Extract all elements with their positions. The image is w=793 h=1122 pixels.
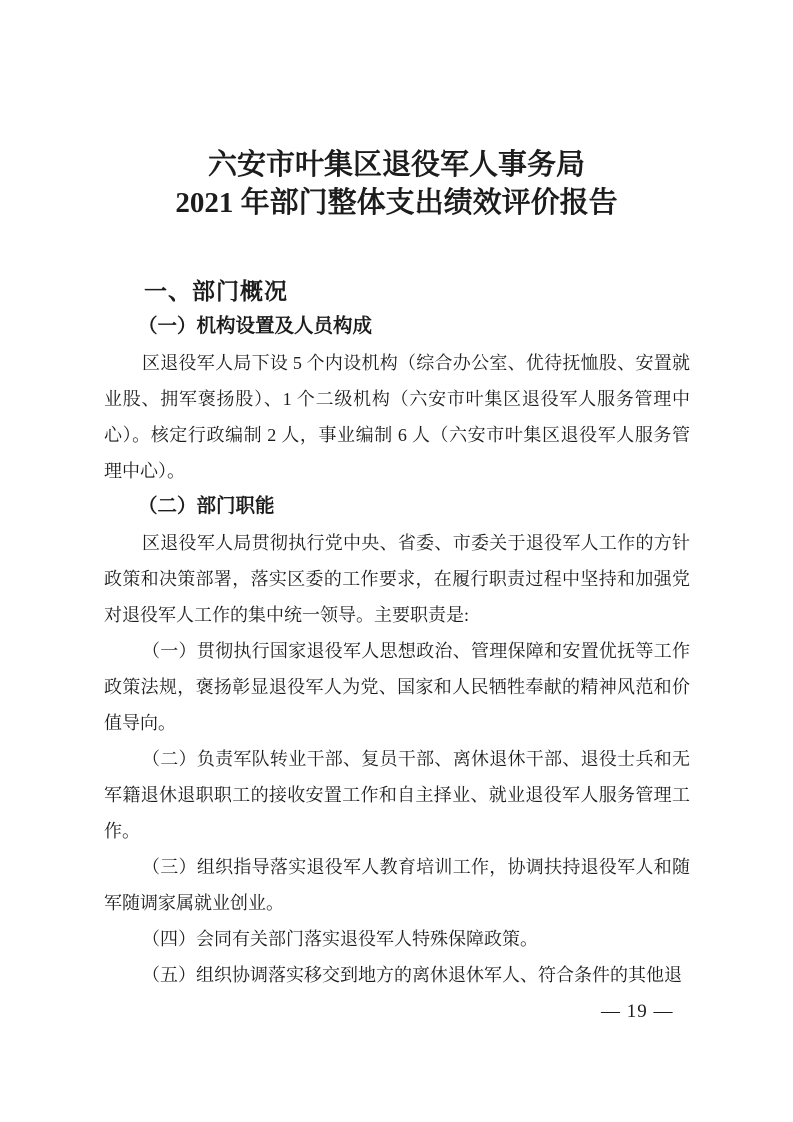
text-line: 理中心）。 (104, 453, 690, 489)
text-line: 区退役军人局下设 5 个内设机构（综合办公室、优待抚恤股、安置就 (104, 345, 690, 381)
text-line: （二）部门职能 (104, 489, 690, 525)
paragraph: （五）组织协调落实移交到地方的离休退休军人、符合条件的其他退 (104, 957, 690, 993)
text-line: 军随调家属就业创业。 (104, 885, 690, 921)
document-title: 六安市叶集区退役军人事务局 2021 年部门整体支出绩效评价报告 (0, 147, 793, 222)
document-page: 六安市叶集区退役军人事务局 2021 年部门整体支出绩效评价报告 一、部门概况（… (0, 0, 793, 1122)
text-line: 政策和决策部署，落实区委的工作要求，在履行职责过程中坚持和加强党 (104, 561, 690, 597)
text-line: （一）机构设置及人员构成 (104, 309, 690, 345)
text-line: 业股、拥军褒扬股）、1 个二级机构（六安市叶集区退役军人服务管理中 (104, 381, 690, 417)
paragraph: （二）负责军队转业干部、复员干部、离休退休干部、退役士兵和无军籍退休退职职工的接… (104, 741, 690, 849)
text-line: 值导向。 (104, 705, 690, 741)
document-title-line-2: 2021 年部门整体支出绩效评价报告 (0, 185, 793, 223)
paragraph: （三）组织指导落实退役军人教育培训工作，协调扶持退役军人和随军随调家属就业创业。 (104, 849, 690, 921)
text-line: 对退役军人工作的集中统一领导。主要职责是: (104, 597, 690, 633)
text-line: 心）。核定行政编制 2 人，事业编制 6 人（六安市叶集区退役军人服务管 (104, 417, 690, 453)
text-line: （五）组织协调落实移交到地方的离休退休军人、符合条件的其他退 (104, 957, 690, 993)
paragraph: 区退役军人局下设 5 个内设机构（综合办公室、优待抚恤股、安置就业股、拥军褒扬股… (104, 345, 690, 489)
text-line: 区退役军人局贯彻执行党中央、省委、市委关于退役军人工作的方针 (104, 525, 690, 561)
text-line: 一、部门概况 (104, 273, 690, 309)
text-line: 政策法规，褒扬彰显退役军人为党、国家和人民牺牲奉献的精神风范和价 (104, 669, 690, 705)
text-line: （三）组织指导落实退役军人教育培训工作，协调扶持退役军人和随 (104, 849, 690, 885)
paragraph: 区退役军人局贯彻执行党中央、省委、市委关于退役军人工作的方针政策和决策部署，落实… (104, 525, 690, 633)
text-line: （一）贯彻执行国家退役军人思想政治、管理保障和安置优抚等工作 (104, 633, 690, 669)
section-heading-1: 一、部门概况 (104, 273, 690, 309)
page-number: — 19 — (601, 1001, 674, 1023)
paragraph: （四）会同有关部门落实退役军人特殊保障政策。 (104, 921, 690, 957)
paragraph: （一）贯彻执行国家退役军人思想政治、管理保障和安置优抚等工作政策法规，褒扬彰显退… (104, 633, 690, 741)
document-title-line-1: 六安市叶集区退役军人事务局 (0, 147, 793, 185)
text-line: （四）会同有关部门落实退役军人特殊保障政策。 (104, 921, 690, 957)
section-heading-2: （二）部门职能 (104, 489, 690, 525)
text-line: 军籍退休退职职工的接收安置工作和自主择业、就业退役军人服务管理工 (104, 777, 690, 813)
text-line: （二）负责军队转业干部、复员干部、离休退休干部、退役士兵和无 (104, 741, 690, 777)
section-heading-2: （一）机构设置及人员构成 (104, 309, 690, 345)
text-line: 作。 (104, 813, 690, 849)
document-body: 一、部门概况（一）机构设置及人员构成区退役军人局下设 5 个内设机构（综合办公室… (104, 273, 690, 993)
